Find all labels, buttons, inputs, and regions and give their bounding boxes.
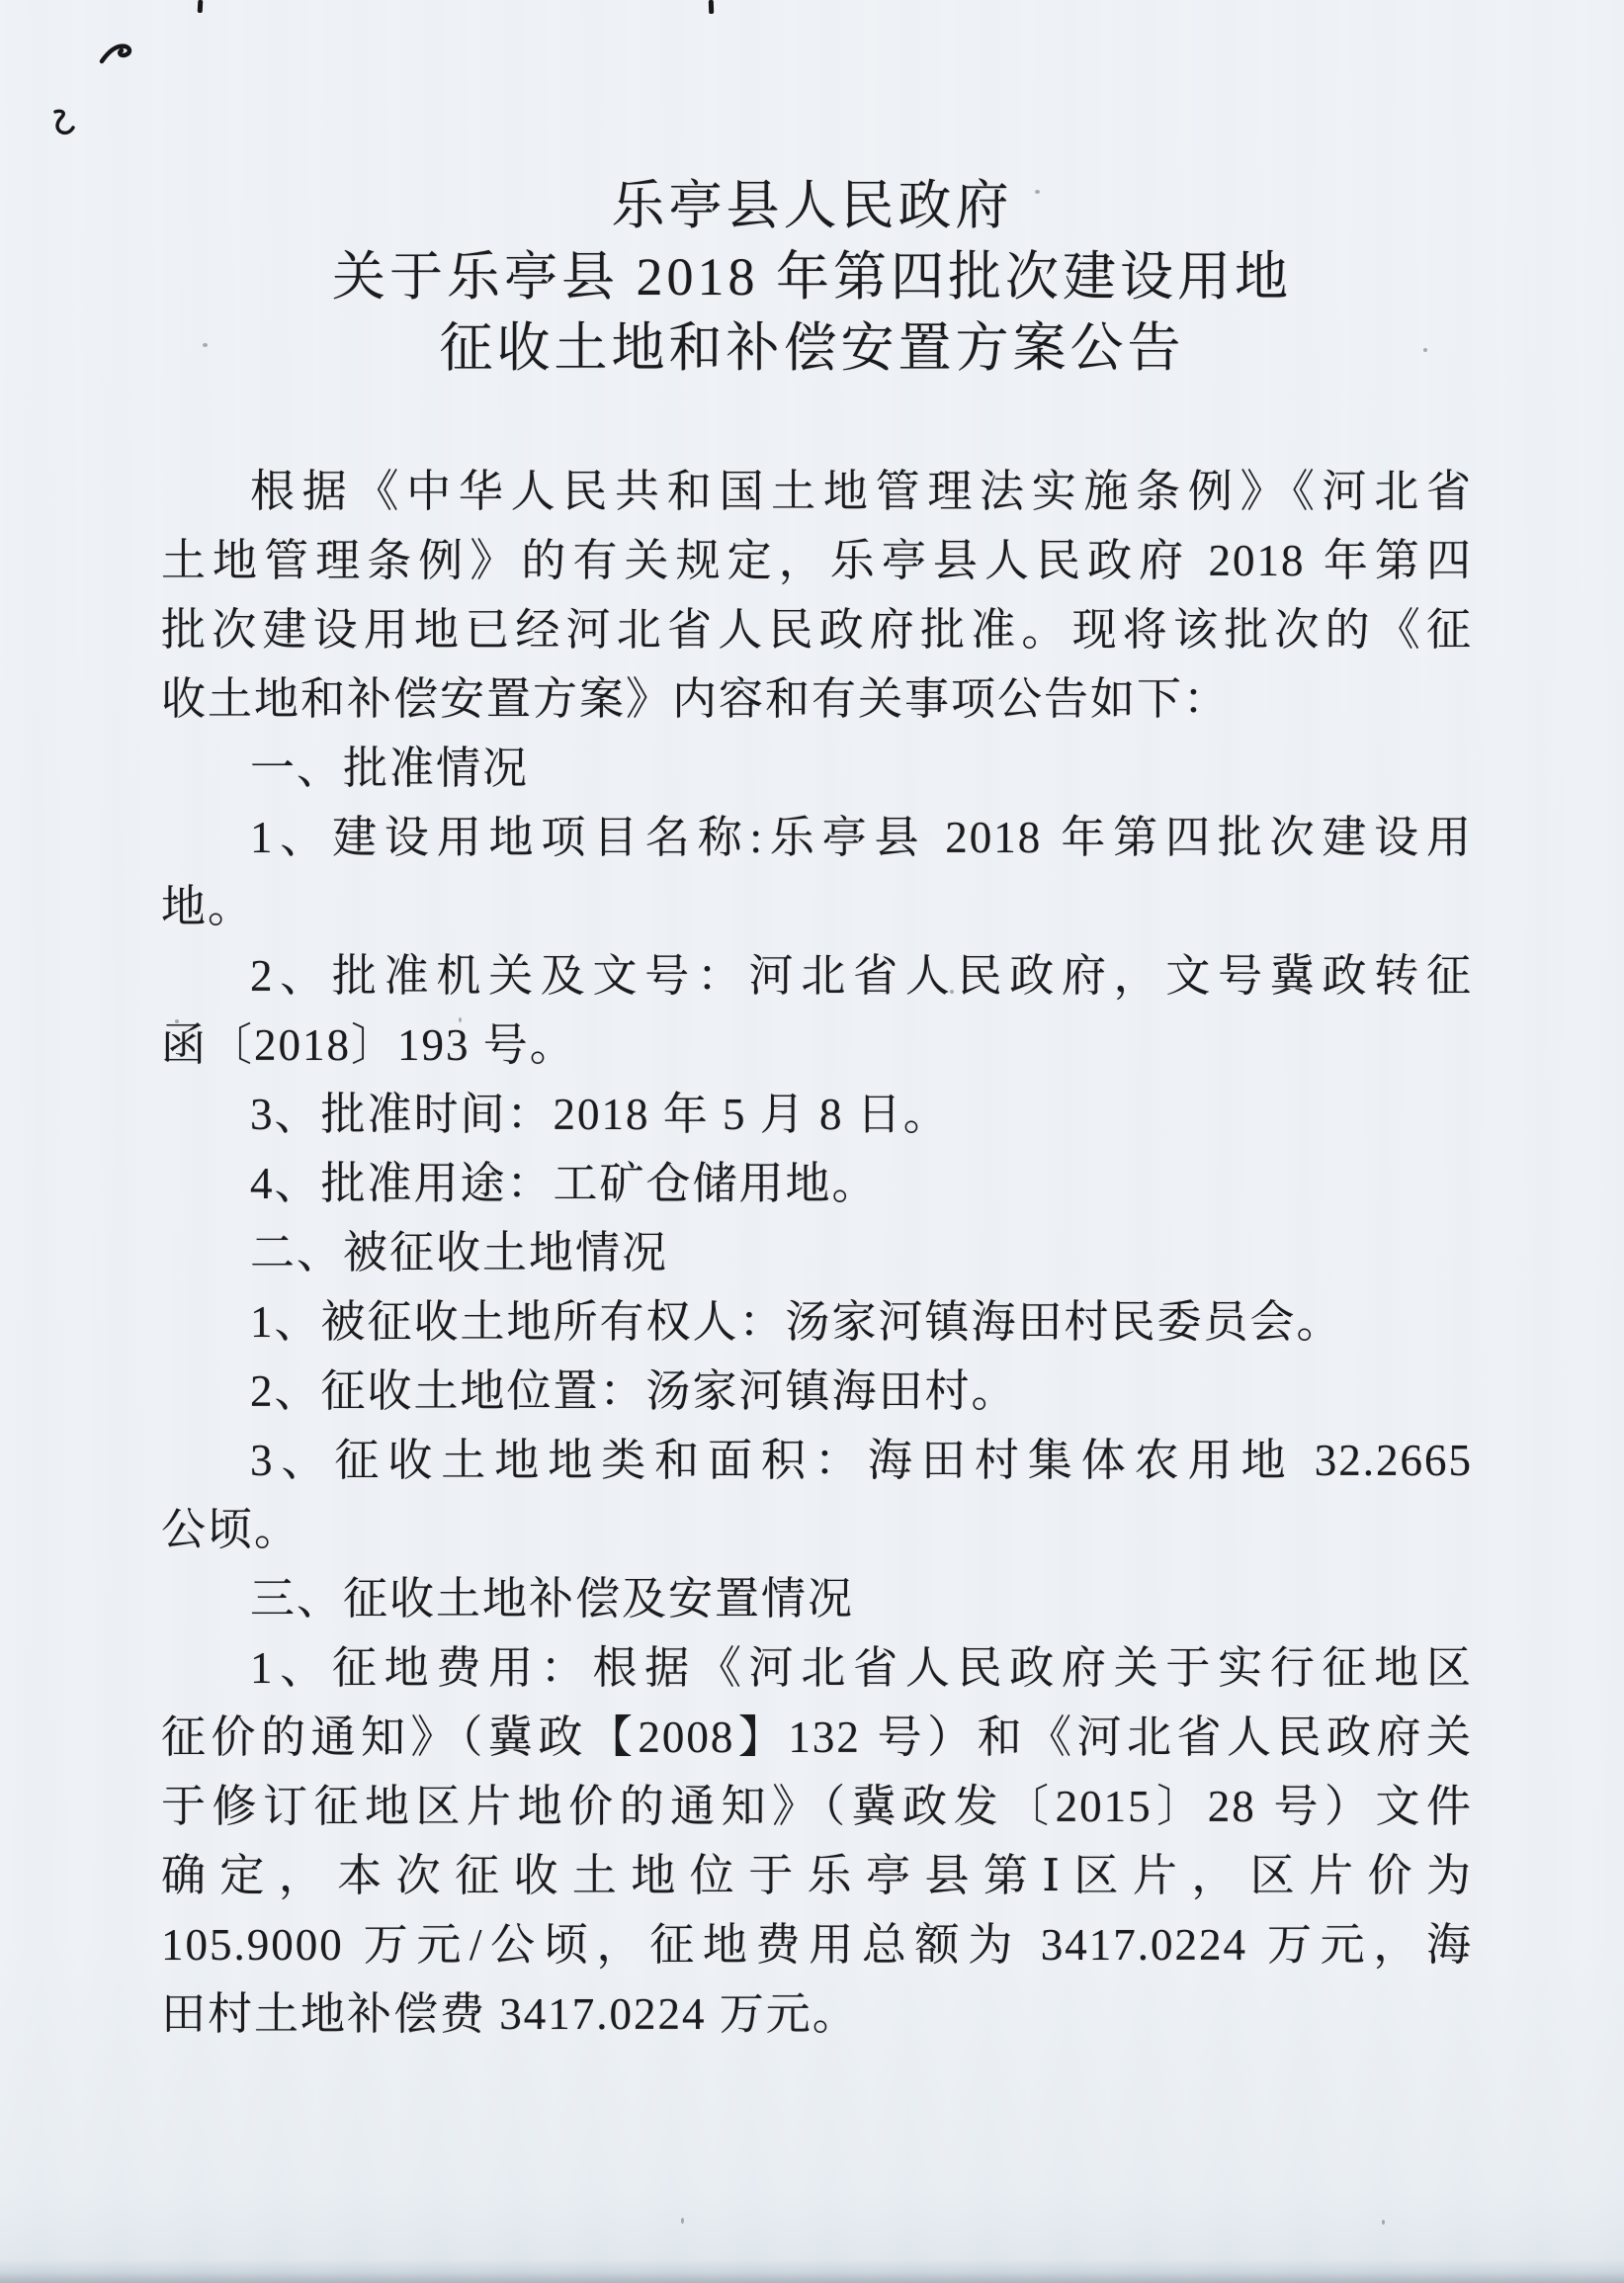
title-line-agency: 乐亭县人民政府 bbox=[0, 170, 1624, 241]
document-title: 乐亭县人民政府 关于乐亭县 2018 年第四批次建设用地 征收土地和补偿安置方案… bbox=[0, 170, 1624, 384]
scan-speck bbox=[1382, 2220, 1385, 2225]
document-line: 105.9000 万元/公顷，征地费用总额为 3417.0224 万元，海 bbox=[161, 1910, 1473, 1979]
document-line: 征价的通知》（冀政【2008】132 号）和《河北省人民政府关 bbox=[161, 1703, 1473, 1772]
document-line: 4、批准用途：工矿仓储用地。 bbox=[161, 1149, 1473, 1218]
document-line: 3、征收土地地类和面积：海田村集体农用地 32.2665 bbox=[161, 1426, 1473, 1495]
document-body: 根据《中华人民共和国土地管理法实施条例》《河北省土地管理条例》的有关规定，乐亭县… bbox=[161, 457, 1473, 2049]
document-line: 三、征收土地补偿及安置情况 bbox=[161, 1564, 1473, 1633]
document-line: 地。 bbox=[161, 872, 1473, 941]
document-line: 2、批准机关及文号：河北省人民政府，文号冀政转征 bbox=[161, 941, 1473, 1010]
document-line: 函〔2018〕193 号。 bbox=[161, 1010, 1473, 1080]
document-line: 批次建设用地已经河北省人民政府批准。现将该批次的《征 bbox=[161, 595, 1473, 664]
title-line-subject-2: 征收土地和补偿安置方案公告 bbox=[0, 312, 1624, 384]
ink-mark-top-tick-left bbox=[198, 0, 204, 13]
pen-squiggle-icon bbox=[99, 38, 136, 67]
document-line: 确定，本次征收土地位于乐亭县第Ⅰ区片，区片价为 bbox=[161, 1841, 1473, 1910]
document-line: 1、征地费用：根据《河北省人民政府关于实行征地区 bbox=[161, 1633, 1473, 1703]
document-line: 1、建设用地项目名称:乐亭县 2018 年第四批次建设用 bbox=[161, 803, 1473, 872]
document-line: 收土地和补偿安置方案》内容和有关事项公告如下： bbox=[161, 664, 1473, 734]
document-line: 根据《中华人民共和国土地管理法实施条例》《河北省 bbox=[161, 457, 1473, 526]
title-line-subject: 关于乐亭县 2018 年第四批次建设用地 bbox=[0, 241, 1624, 312]
document-line: 2、征收土地位置：汤家河镇海田村。 bbox=[161, 1357, 1473, 1426]
pen-hook-icon bbox=[51, 109, 77, 136]
scanned-document-page: 乐亭县人民政府 关于乐亭县 2018 年第四批次建设用地 征收土地和补偿安置方案… bbox=[0, 0, 1624, 2283]
ink-mark-top-tick-right bbox=[709, 0, 714, 14]
scan-speck bbox=[681, 2218, 684, 2224]
document-line: 1、被征收土地所有权人：汤家河镇海田村民委员会。 bbox=[161, 1287, 1473, 1357]
document-line: 土地管理条例》的有关规定，乐亭县人民政府 2018 年第四 bbox=[161, 526, 1473, 595]
document-line: 于修订征地区片地价的通知》（冀政发〔2015〕28 号）文件 bbox=[161, 1772, 1473, 1841]
document-line: 公顷。 bbox=[161, 1495, 1473, 1564]
document-line: 一、批准情况 bbox=[161, 734, 1473, 803]
document-line: 田村土地补偿费 3417.0224 万元。 bbox=[161, 1979, 1473, 2049]
document-line: 二、被征收土地情况 bbox=[161, 1218, 1473, 1287]
document-line: 3、批准时间：2018 年 5 月 8 日。 bbox=[161, 1080, 1473, 1149]
